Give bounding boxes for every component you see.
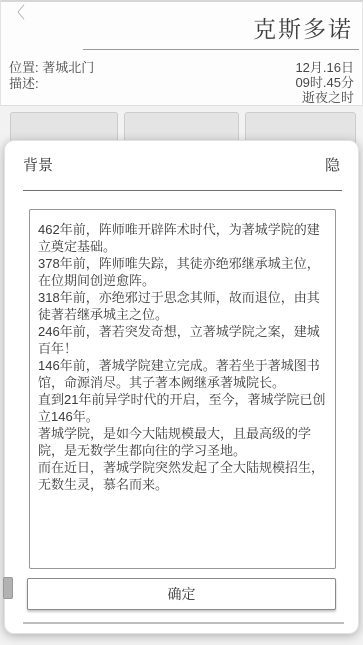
scrollbar-thumb[interactable] [3,577,13,599]
title-divider [83,49,359,50]
hide-button[interactable]: 隐 [325,154,340,175]
back-icon[interactable]: 〈 [9,6,25,22]
page-title: 克斯多诺 [253,11,353,44]
time-text: 09时.45分 [295,75,354,90]
story-paragraph: 462年前，阵师唯开辟阵术时代，为著城学院的建立奠定基础。 [38,221,327,255]
location-row: 位置: 著城北门 [9,60,94,76]
info-left-column: 位置: 著城北门 描述: [9,60,94,92]
dialog-title: 背景 [23,154,53,175]
story-paragraph: 直到21年前异学时代的开启，至今，著城学院已创立146年。 [38,391,327,425]
confirm-button[interactable]: 确定 [27,578,336,610]
dialog-header-divider [23,190,342,191]
location-value: 著城北门 [42,60,94,75]
description-row: 描述: [9,76,94,92]
story-paragraph: 378年前，阵师唯失踪，其徒亦绝邪继承城主位，在位期间创逆愈阵。 [38,255,327,289]
story-paragraph: 318年前，亦绝邪过于思念其师，故而退位，由其徒著若继承城主之位。 [38,289,327,323]
header-bar: 〈 克斯多诺 位置: 著城北门 描述: 12月.16日 09时.45分 逝夜之时 [0,0,363,106]
story-paragraph: 146年前，著城学院建立完成。著若坐于著城图书馆，命源消尽。其子著本阙继承著城院… [38,357,327,391]
phase-text: 逝夜之时 [295,90,354,105]
story-text-area[interactable]: 462年前，阵师唯开辟阵术时代，为著城学院的建立奠定基础。 378年前，阵师唯失… [29,209,336,569]
dialog-bottom-divider [23,622,344,624]
description-label: 描述: [9,76,39,91]
story-paragraph: 246年前，著若突发奇想，立著城学院之案，建城百年！ [38,323,327,357]
location-label: 位置: [9,60,39,75]
info-right-column: 12月.16日 09时.45分 逝夜之时 [295,60,354,105]
date-text: 12月.16日 [295,60,354,75]
story-paragraph: 而在近日，著城学院突然发起了全大陆规模招生，无数生灵，慕名而来。 [38,459,327,493]
story-paragraph: 著城学院，是如今大陆规模最大，且最高级的学院，是无数学生都向往的学习圣地。 [38,425,327,459]
background-dialog: 背景 隐 462年前，阵师唯开辟阵术时代，为著城学院的建立奠定基础。 378年前… [4,140,359,634]
